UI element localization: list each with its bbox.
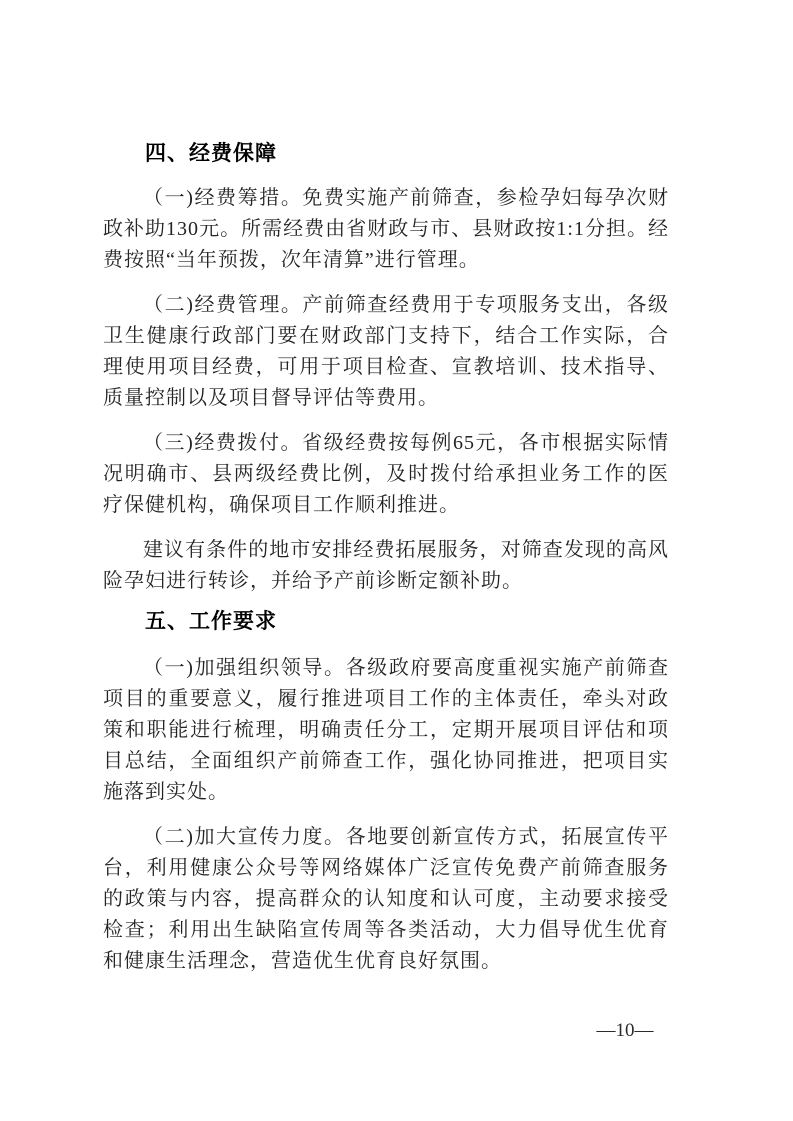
section-heading-work-requirements: 五、工作要求: [103, 611, 669, 633]
paragraph-funding-raising: （一)经费筹措。免费实施产前筛查，参检孕妇每孕次财政补助130元。所需经费由省财…: [103, 183, 669, 276]
paragraph-funding-management: （二)经费管理。产前筛查经费用于专项服务支出，各级卫生健康行政部门要在财政部门支…: [103, 290, 669, 414]
page-number: —10—: [560, 1020, 690, 1042]
document-page: 四、经费保障 （一)经费筹措。免费实施产前筛查，参检孕妇每孕次财政补助130元。…: [0, 0, 793, 1121]
section-heading-funding-guarantee: 四、经费保障: [103, 143, 669, 165]
paragraph-funding-allocation: （三)经费拨付。省级经费按每例65元，各市根据实际情况明确市、县两级经费比例，及…: [103, 428, 669, 521]
paragraph-funding-suggestion: 建议有条件的地市安排经费拓展服务，对筛查发现的高风险孕妇进行转诊，并给予产前诊断…: [103, 535, 669, 597]
document-body: 四、经费保障 （一)经费筹措。免费实施产前筛查，参检孕妇每孕次财政补助130元。…: [103, 143, 669, 977]
paragraph-increase-publicity: （二)加大宣传力度。各地要创新宣传方式，拓展宣传平台，利用健康公众号等网络媒体广…: [103, 822, 669, 977]
paragraph-strengthen-leadership: （一)加强组织领导。各级政府要高度重视实施产前筛查项目的重要意义，履行推进项目工…: [103, 653, 669, 808]
